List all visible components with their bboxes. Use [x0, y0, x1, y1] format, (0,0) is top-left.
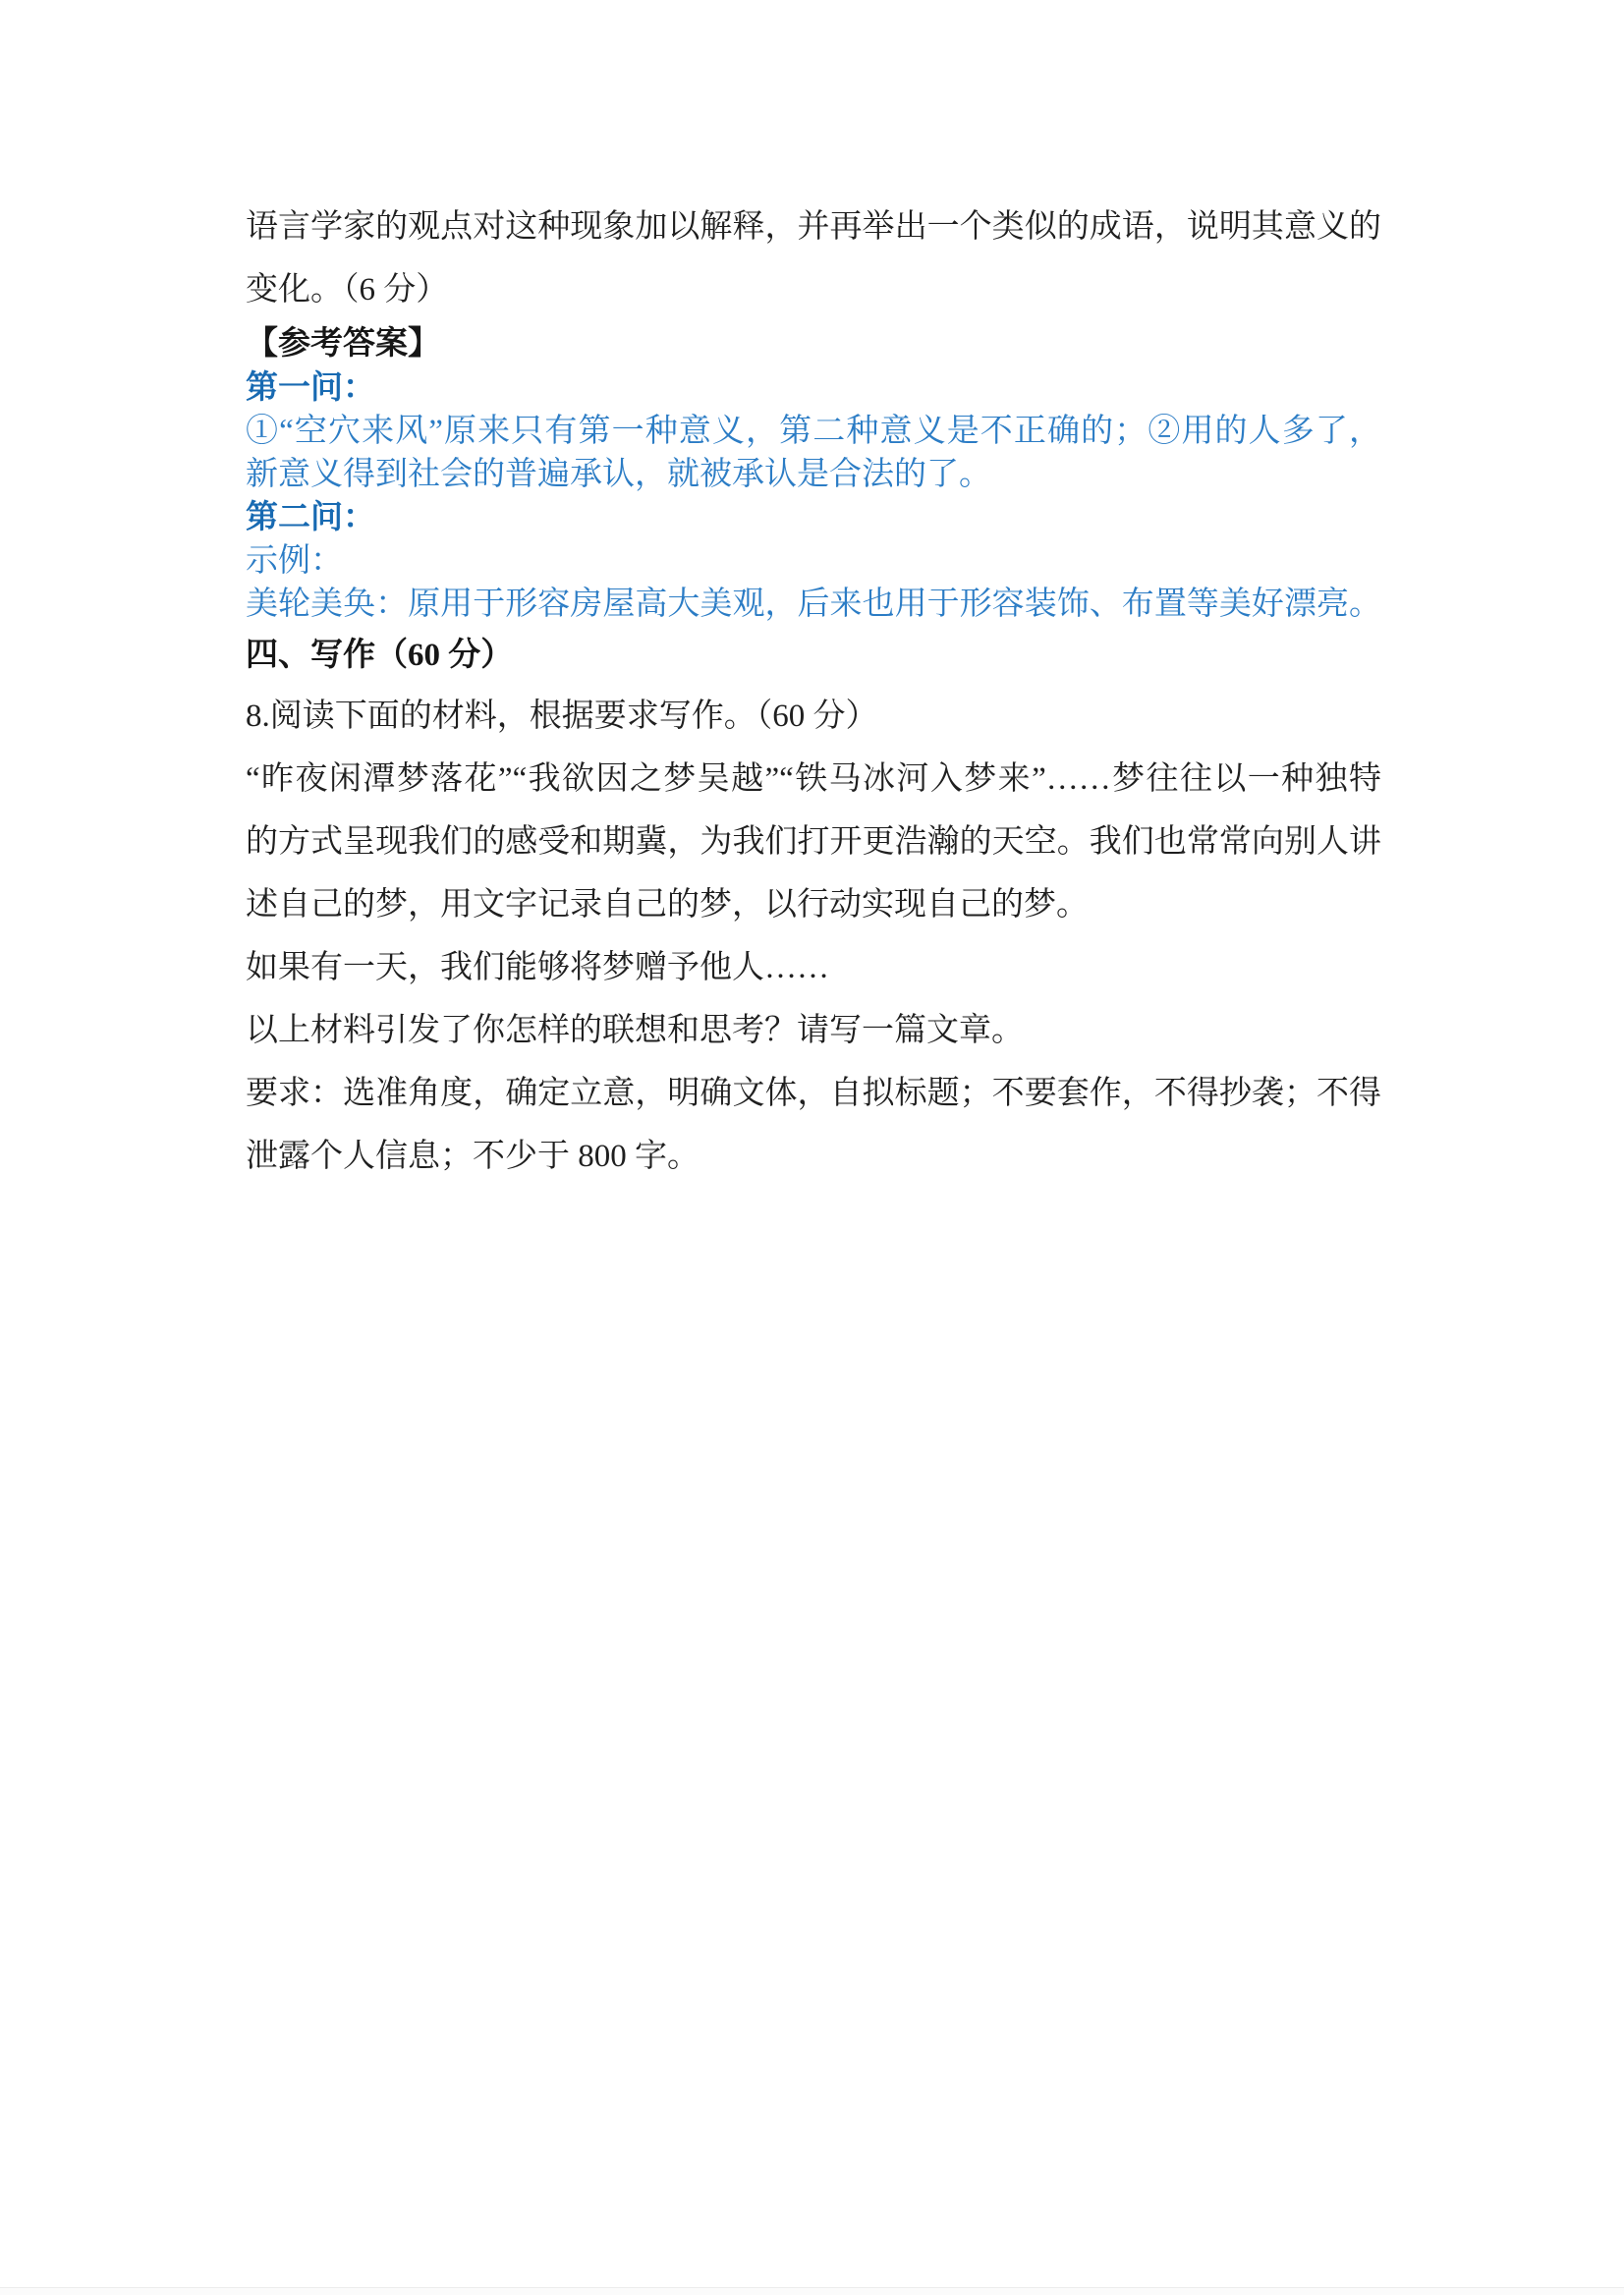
example-answer-line: 美轮美奂：原用于形容房屋高大美观，后来也用于形容装饰、布置等美好漂亮。 [246, 583, 1381, 626]
question-text-line-2: 变化。（6 分） [246, 258, 1381, 321]
essay-material-line-1: “昨夜闲潭梦落花”“我欲因之梦吴越”“铁马冰河入梦来”……梦往往以一种独特 [246, 748, 1381, 811]
page-bottom-edge [0, 2287, 1624, 2295]
essay-material-line-4: 如果有一天，我们能够将梦赠予他人…… [246, 936, 1381, 999]
writing-section-heading: 四、写作（60 分） [246, 626, 1381, 685]
first-question-label: 第一问： [246, 366, 1381, 410]
first-answer-line-2: 新意义得到社会的普遍承认，就被承认是合法的了。 [246, 453, 1381, 496]
essay-requirements-line-1: 要求：选准角度，确定立意，明确文体，自拟标题；不要套作，不得抄袭；不得 [246, 1062, 1381, 1125]
text-column: 语言学家的观点对这种现象加以解释，并再举出一个类似的成语，说明其意义的 变化。（… [246, 196, 1381, 1188]
essay-requirements-line-2: 泄露个人信息；不少于 800 字。 [246, 1125, 1381, 1188]
reference-answer-heading: 【参考答案】 [246, 321, 1381, 366]
first-answer-line-1: ①“空穴来风”原来只有第一种意义，第二种意义是不正确的；②用的人多了， [246, 410, 1381, 453]
second-question-label: 第二问： [246, 496, 1381, 539]
essay-prompt-intro: 8.阅读下面的材料，根据要求写作。（60 分） [246, 685, 1381, 748]
document-page: 语言学家的观点对这种现象加以解释，并再举出一个类似的成语，说明其意义的 变化。（… [0, 0, 1624, 2295]
example-label: 示例： [246, 539, 1381, 583]
essay-material-line-3: 述自己的梦，用文字记录自己的梦，以行动实现自己的梦。 [246, 873, 1381, 936]
essay-material-line-2: 的方式呈现我们的感受和期冀，为我们打开更浩瀚的天空。我们也常常向别人讲 [246, 811, 1381, 873]
essay-task-line: 以上材料引发了你怎样的联想和思考？请写一篇文章。 [246, 999, 1381, 1062]
question-text-line-1: 语言学家的观点对这种现象加以解释，并再举出一个类似的成语，说明其意义的 [246, 196, 1381, 258]
